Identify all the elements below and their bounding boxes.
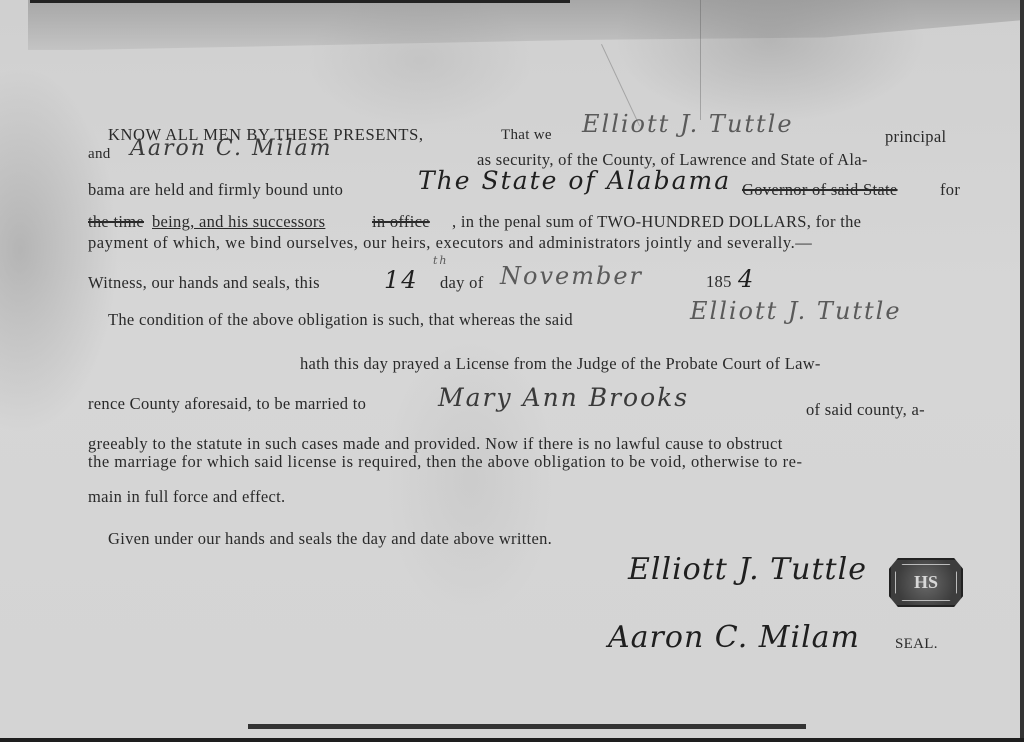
- printed-text: principal: [885, 127, 946, 147]
- printed-year: 185: [706, 272, 732, 292]
- right-edge: [1020, 0, 1024, 742]
- handwritten-bride-name: Mary Ann Brooks: [438, 383, 689, 412]
- printed-text: day of: [440, 273, 484, 293]
- bottom-edge: [0, 738, 1024, 742]
- seal-stamp-text: HS: [895, 564, 957, 601]
- bottom-printed-rule: [248, 724, 806, 729]
- signature-security: Aaron C. Milam: [608, 620, 860, 655]
- printed-text: hath this day prayed a License from the …: [300, 354, 821, 374]
- signature-principal: Elliott J. Tuttle: [628, 552, 867, 587]
- printed-text: the marriage for which said license is r…: [88, 452, 803, 472]
- handwritten-day-suffix: th: [433, 254, 449, 267]
- handwritten-year-digit: 4: [738, 265, 755, 293]
- printed-text: That we: [501, 127, 552, 144]
- handwritten-security-name: Aaron C. Milam: [130, 136, 333, 161]
- struck-text: in office: [372, 212, 430, 232]
- printed-text: bama are held and firmly bound unto: [88, 180, 343, 200]
- seal-label: SEAL.: [895, 636, 938, 653]
- handwritten-principal-name: Elliott J. Tuttle: [582, 110, 794, 138]
- printed-text: being, and his successors: [152, 212, 325, 232]
- printed-text: and: [88, 146, 111, 163]
- printed-text: for: [940, 180, 960, 200]
- top-edge: [30, 0, 570, 3]
- printed-text: Witness, our hands and seals, this: [88, 273, 320, 293]
- struck-text: the time: [88, 212, 144, 232]
- printed-text: greeably to the statute in such cases ma…: [88, 434, 783, 454]
- document-page: KNOW ALL MEN BY THESE PRESENTS, That we …: [0, 0, 1024, 742]
- printed-text: The condition of the above obligation is…: [108, 310, 573, 330]
- struck-text: Governor of said State: [742, 180, 898, 200]
- handwritten-groom-name: Elliott J. Tuttle: [690, 297, 902, 325]
- handwritten-day: 14: [384, 266, 419, 294]
- printed-text: rence County aforesaid, to be married to: [88, 394, 366, 414]
- fold-line: [700, 0, 701, 120]
- paper-fold-shadow: [28, 0, 1024, 50]
- printed-text: payment of which, we bind ourselves, our…: [88, 233, 812, 253]
- printed-text: main in full force and effect.: [88, 487, 285, 507]
- printed-text: of said county, a-: [806, 400, 925, 420]
- wax-seal-stamp: HS: [889, 558, 963, 607]
- handwritten-month: November: [500, 262, 643, 290]
- printed-text: , in the penal sum of TWO-HUNDRED DOLLAR…: [452, 212, 861, 232]
- handwritten-obligee: The State of Alabama: [418, 166, 731, 195]
- printed-text: Given under our hands and seals the day …: [108, 529, 552, 549]
